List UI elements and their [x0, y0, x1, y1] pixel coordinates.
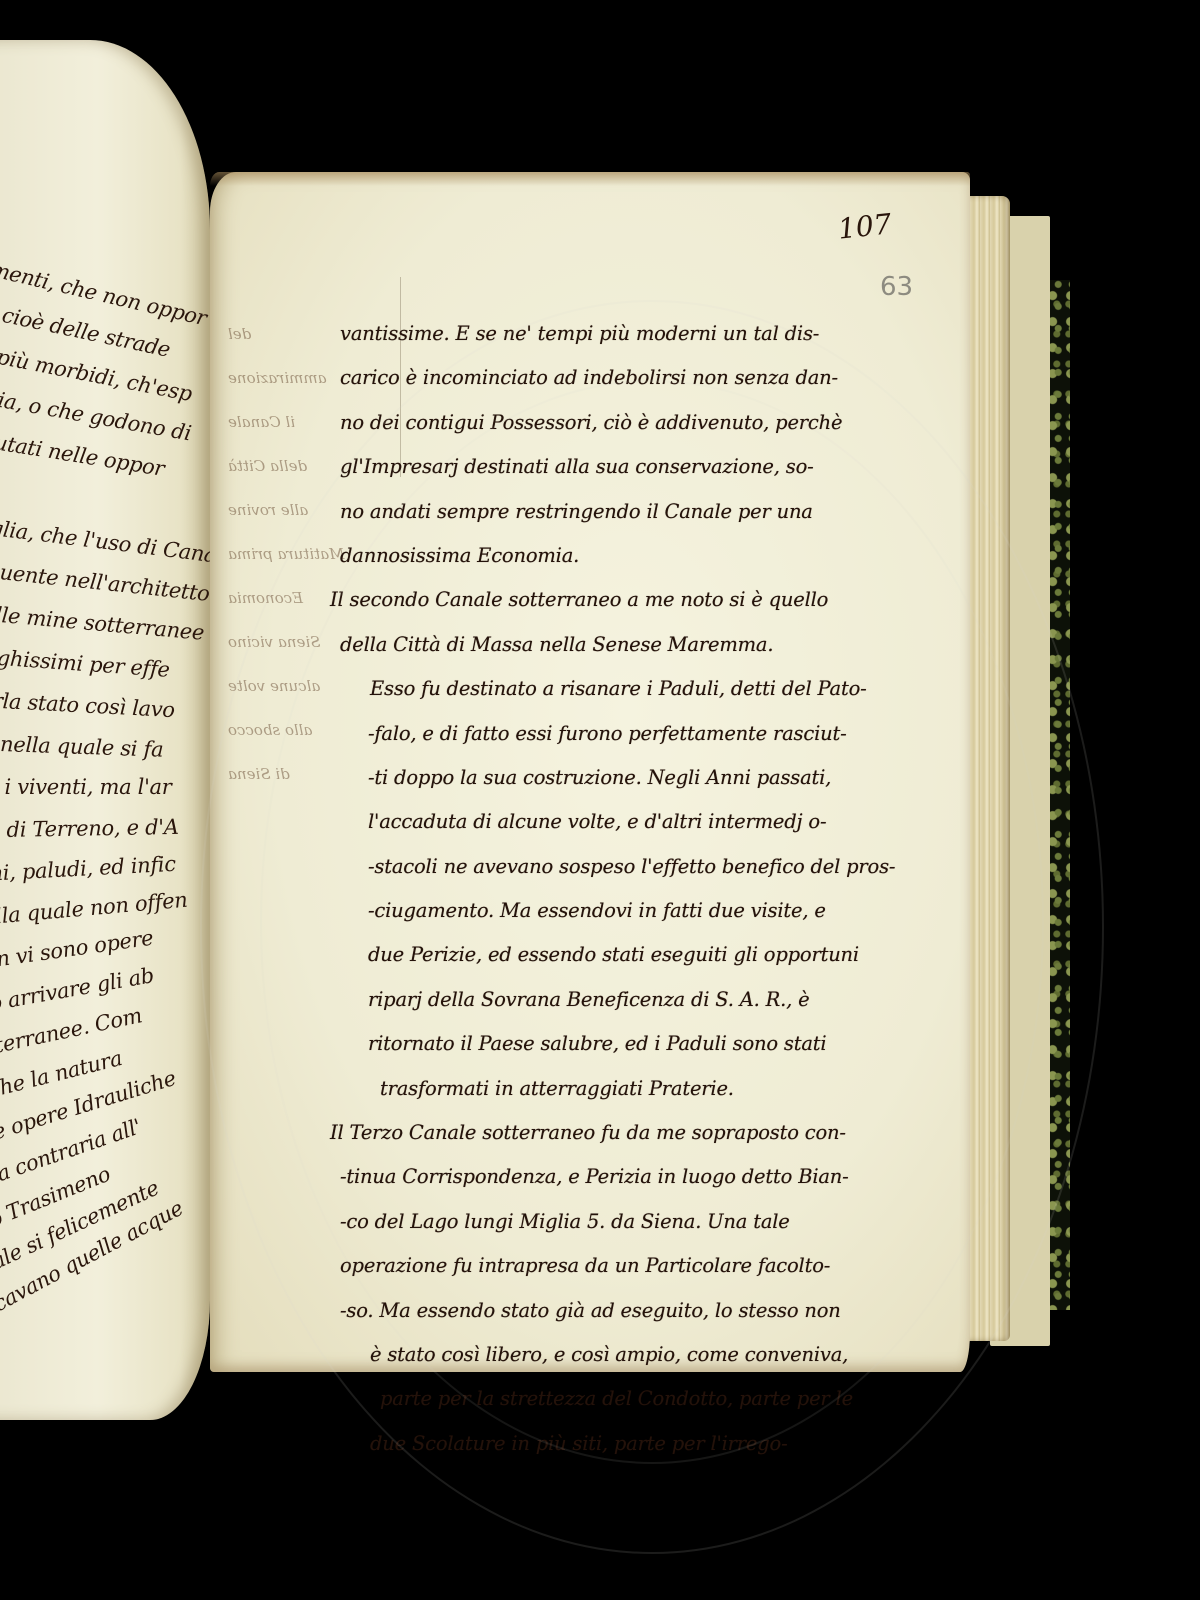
manuscript-line: ritornato il Paese salubre, ed i Paduli … [368, 1022, 870, 1066]
manuscript-line: trasformati in atterraggiati Praterie. [380, 1067, 870, 1111]
manuscript-line: -so. Ma essendo stato già ad eseguito, l… [340, 1289, 870, 1333]
left-page: rimenti, che non oppor ni, cioè delle st… [0, 40, 210, 1420]
manuscript-line: Il Terzo Canale sotterraneo fu da me sop… [330, 1111, 870, 1155]
left-line: are i viventi, ma l'ar [0, 766, 204, 809]
manuscript-line: due Scolature in più siti, parte per l'i… [370, 1422, 870, 1466]
manuscript-line: -stacoli ne avevano sospeso l'effetto be… [368, 845, 870, 889]
manuscript-text-block: vantissime. E se ne' tempi più moderni u… [340, 312, 870, 1466]
manuscript-line: l'accaduta di alcune volte, e d'altri in… [368, 800, 870, 844]
manuscript-line: no dei contigui Possessori, ciò è addive… [340, 401, 870, 445]
manuscript-line: è stato così libero, e così ampio, come … [370, 1333, 870, 1377]
manuscript-line: -tinua Corrispondenza, e Perizia in luog… [340, 1155, 870, 1199]
manuscript-line: due Perizie, ed essendo stati eseguiti g… [368, 933, 870, 977]
manuscript-photo: rimenti, che non oppor ni, cioè delle st… [0, 0, 1200, 1600]
manuscript-line: della Città di Massa nella Senese Maremm… [340, 623, 870, 667]
manuscript-line: operazione fu intrapresa da un Particola… [340, 1244, 870, 1288]
manuscript-line: Esso fu destinato a risanare i Paduli, d… [370, 667, 870, 711]
manuscript-line: riparj della Sovrana Beneficenza di S. A… [368, 978, 870, 1022]
folio-number-ink: 107 [836, 207, 893, 245]
manuscript-line: -ciugamento. Ma essendovi in fatti due v… [368, 889, 870, 933]
manuscript-line: gl'Impresarj destinati alla sua conserva… [340, 445, 870, 489]
manuscript-line: vantissime. E se ne' tempi più moderni u… [340, 312, 870, 356]
manuscript-line: -co del Lago lungi Miglia 5. da Siena. U… [340, 1200, 870, 1244]
right-page: 107 63 del ammirazione il Canale della C… [210, 172, 970, 1372]
left-page-text: rimenti, che non oppor ni, cioè delle st… [0, 250, 210, 1325]
manuscript-line: no andati sempre restringendo il Canale … [340, 490, 870, 534]
manuscript-line: -falo, e di fatto essi furono perfettame… [368, 712, 870, 756]
manuscript-line: carico è incominciato ad indebolirsi non… [340, 356, 870, 400]
manuscript-line: parte per la strettezza del Condotto, pa… [380, 1377, 870, 1421]
manuscript-line: dannosissima Economia. [340, 534, 870, 578]
folio-number-pencil: 63 [880, 272, 913, 302]
manuscript-line: -ti doppo la sua costruzione. Negli Anni… [368, 756, 870, 800]
manuscript-line: Il secondo Canale sotterraneo a me noto … [330, 578, 870, 622]
